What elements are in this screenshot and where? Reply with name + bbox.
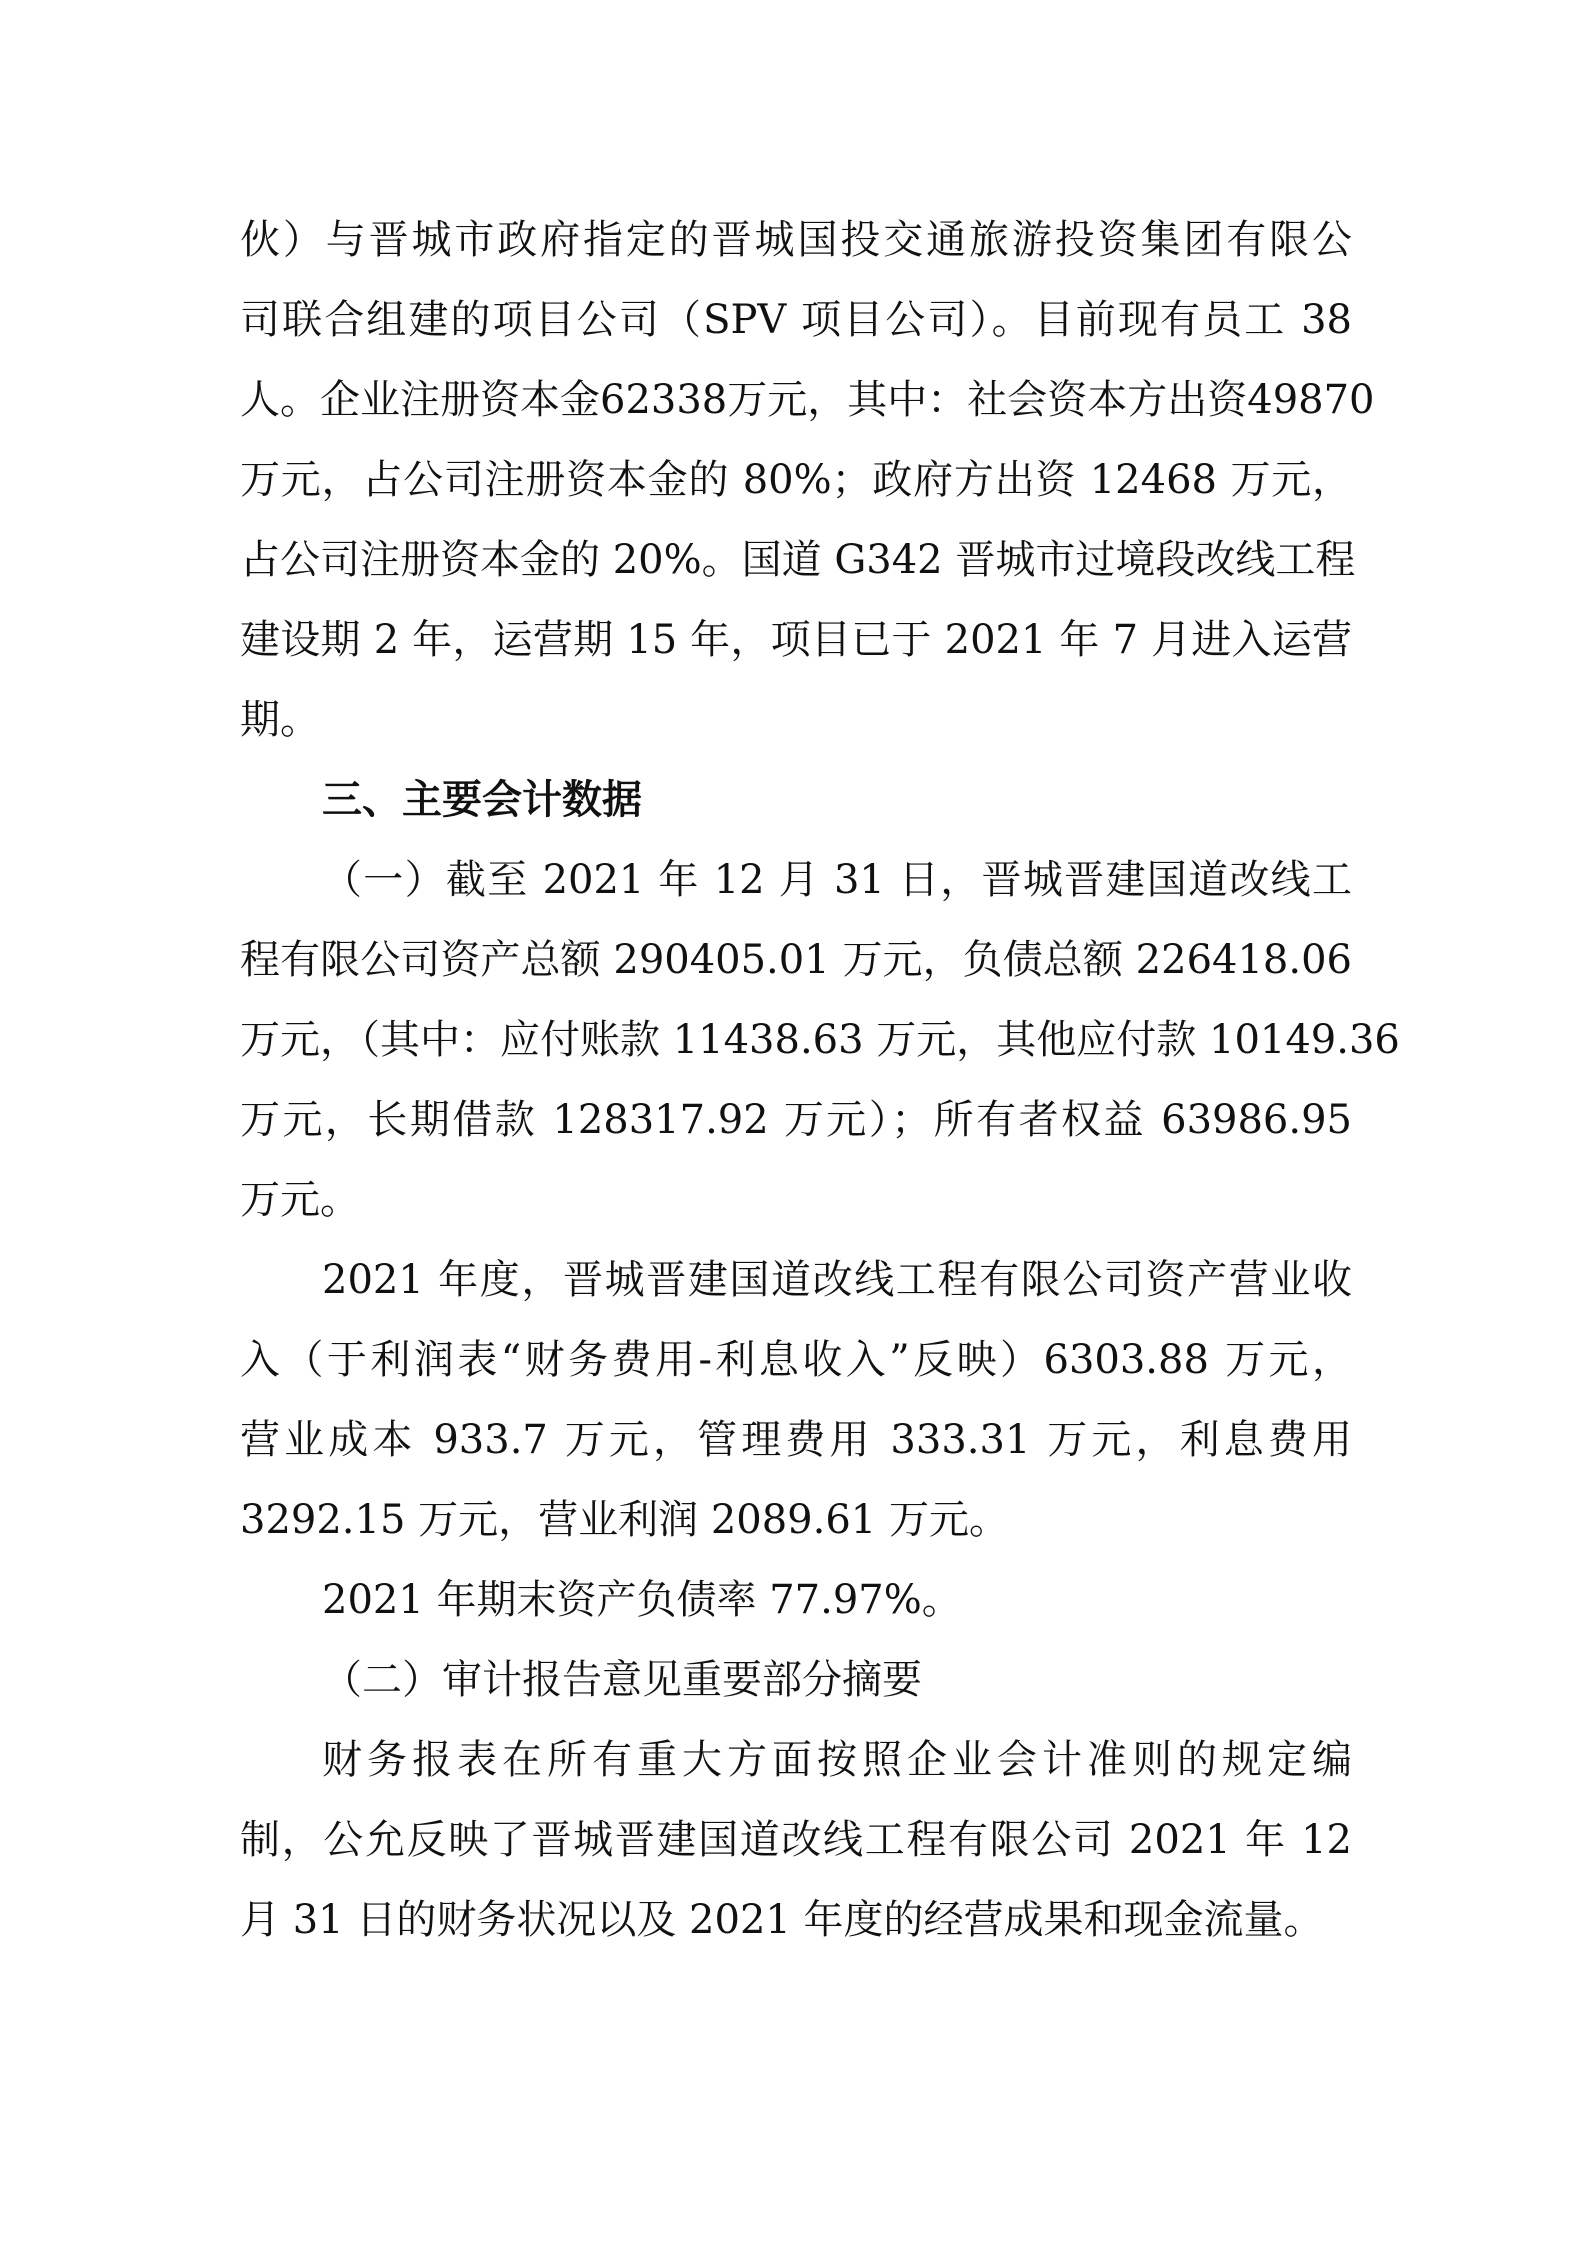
- paragraph-line: 3292.15 万元，营业利润 2089.61 万元。: [240, 1490, 1352, 1550]
- section-heading: 三、主要会计数据: [322, 770, 1352, 830]
- paragraph-line: 营业成本 933.7 万元，管理费用 333.31 万元，利息费用: [240, 1410, 1352, 1470]
- paragraph-line: 期。: [240, 690, 1352, 750]
- document-page: 伙）与晋城市政府指定的晋城国投交通旅游投资集团有限公 司联合组建的项目公司（SP…: [0, 0, 1587, 2245]
- paragraph-line: 伙）与晋城市政府指定的晋城国投交通旅游投资集团有限公: [240, 210, 1352, 270]
- paragraph-line: （一）截至 2021 年 12 月 31 日，晋城晋建国道改线工: [322, 850, 1352, 910]
- paragraph-line: 入（于利润表“财务费用-利息收入”反映）6303.88 万元，: [240, 1330, 1352, 1390]
- paragraph-line: 建设期 2 年，运营期 15 年，项目已于 2021 年 7 月进入运营: [240, 610, 1352, 670]
- paragraph-line: 2021 年期末资产负债率 77.97%。: [322, 1570, 1352, 1630]
- paragraph-line: 万元，长期借款 128317.92 万元）；所有者权益 63986.95: [240, 1090, 1352, 1150]
- paragraph-line: 占公司注册资本金的 20%。国道 G342 晋城市过境段改线工程: [240, 530, 1352, 590]
- paragraph-line: 万元，占公司注册资本金的 80%；政府方出资 12468 万元，: [240, 450, 1352, 510]
- paragraph-line: 月 31 日的财务状况以及 2021 年度的经营成果和现金流量。: [240, 1890, 1352, 1950]
- paragraph-line: 程有限公司资产总额 290405.01 万元，负债总额 226418.06: [240, 930, 1352, 990]
- paragraph-line: 人。企业注册资本金62338万元，其中：社会资本方出资49870: [240, 370, 1352, 430]
- paragraph-line: 万元。: [240, 1170, 1352, 1230]
- paragraph-line: 万元，（其中：应付账款 11438.63 万元，其他应付款 10149.36: [240, 1010, 1352, 1070]
- paragraph-line: 财务报表在所有重大方面按照企业会计准则的规定编: [322, 1730, 1352, 1790]
- paragraph-line: 制，公允反映了晋城晋建国道改线工程有限公司 2021 年 12: [240, 1810, 1352, 1870]
- paragraph-line: 2021 年度，晋城晋建国道改线工程有限公司资产营业收: [322, 1250, 1352, 1310]
- subsection-heading: （二）审计报告意见重要部分摘要: [322, 1650, 1352, 1710]
- paragraph-line: 司联合组建的项目公司（SPV 项目公司）。目前现有员工 38: [240, 290, 1352, 350]
